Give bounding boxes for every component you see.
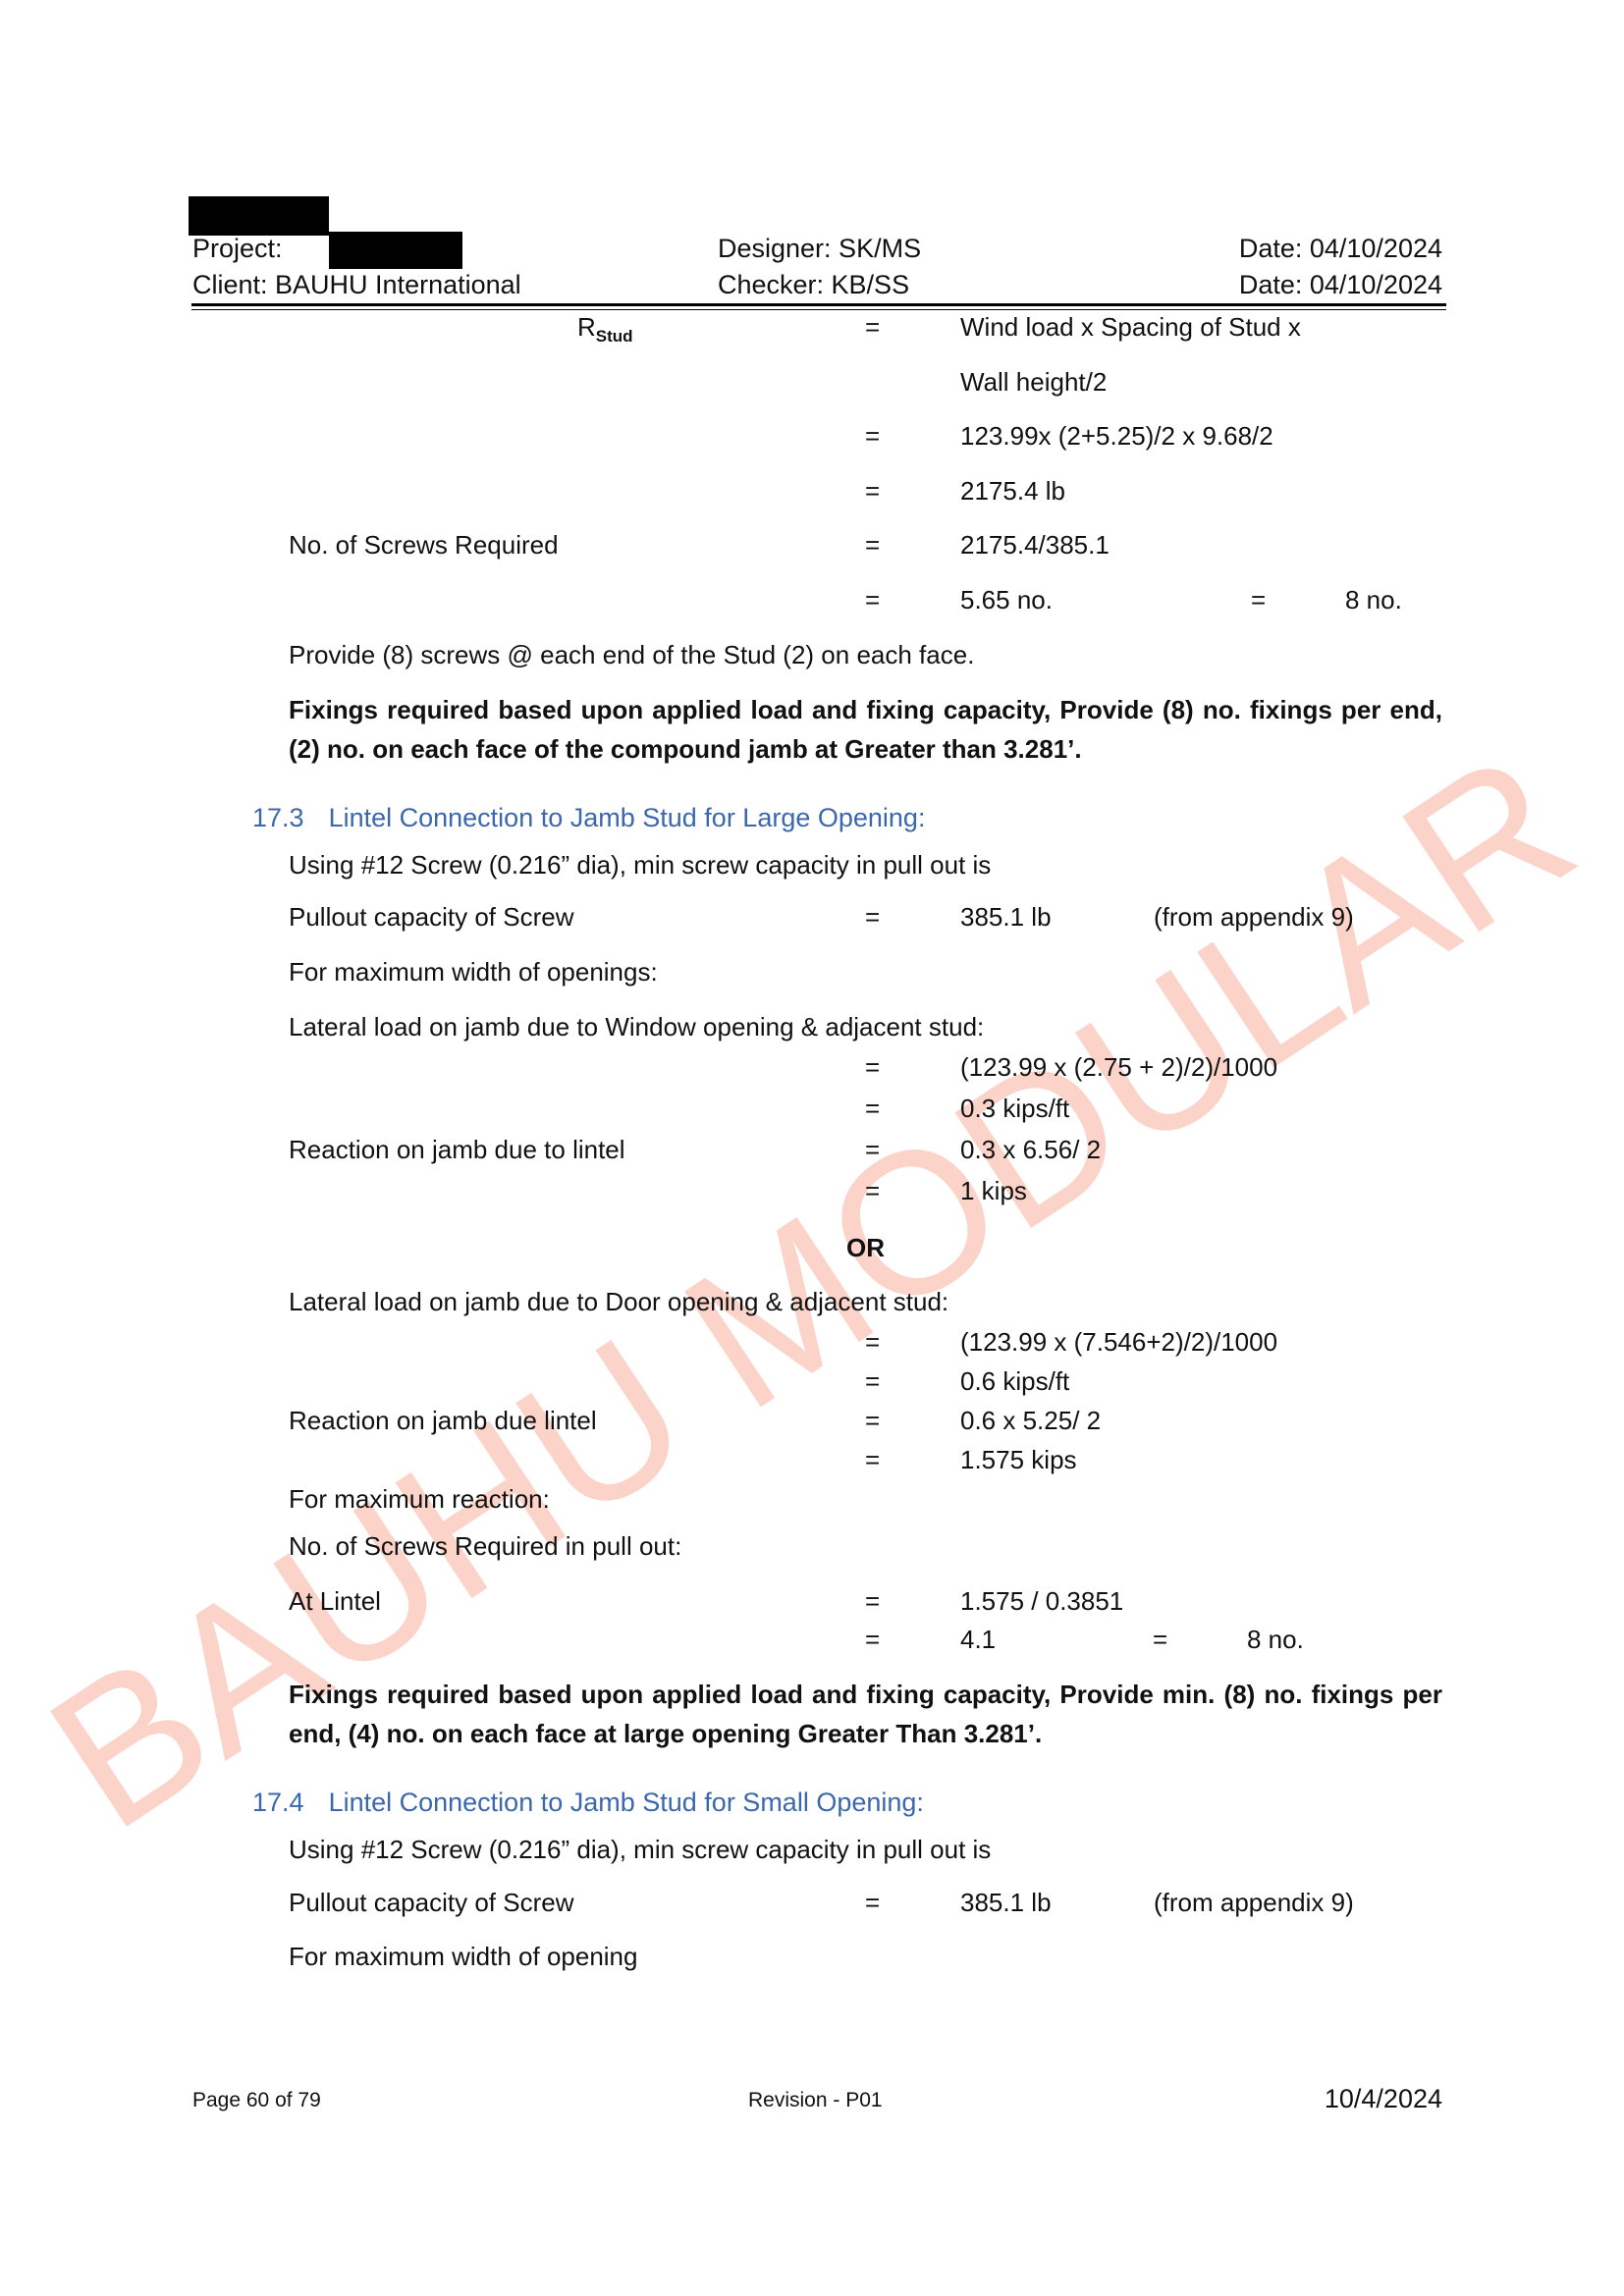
checker: Checker: KB/SS: [718, 269, 909, 300]
calc-value: 123.99x (2+5.25)/2 x 9.68/2: [960, 421, 1273, 451]
r-stud-symbol: RStud: [577, 312, 633, 351]
calc-value: 0.3 kips/ft: [960, 1094, 1069, 1123]
section-title: Lintel Connection to Jamb Stud for Small…: [329, 1788, 924, 1817]
equals-sign: =: [865, 1327, 880, 1357]
calc-value: 2175.4 lb: [960, 476, 1065, 506]
screws-required-label: No. of Screws Required in pull out:: [289, 1531, 681, 1561]
screw-intro: Using #12 Screw (0.216” dia), min screw …: [289, 850, 991, 880]
footer-date: 10/4/2024: [1325, 2083, 1442, 2114]
equals-sign: =: [865, 530, 880, 560]
client-name: Client: BAUHU International: [192, 269, 521, 300]
section-17-3-heading: 17.3Lintel Connection to Jamb Stud for L…: [252, 803, 925, 833]
section-title: Lintel Connection to Jamb Stud for Large…: [329, 803, 926, 832]
window-load-label: Lateral load on jamb due to Window openi…: [289, 1012, 984, 1041]
calc-label: Reaction on jamb due to lintel: [289, 1135, 625, 1164]
redacted-logo: [189, 196, 329, 236]
calc-value: (123.99 x (7.546+2)/2)/1000: [960, 1327, 1277, 1357]
or-separator: OR: [846, 1233, 885, 1262]
equals-sign: =: [865, 1586, 880, 1616]
calc-result: 8 no.: [1247, 1625, 1304, 1654]
equals-sign: =: [865, 1406, 880, 1435]
pullout-label-17-4: Pullout capacity of Screw: [289, 1888, 573, 1917]
project-label: Project:: [192, 233, 283, 264]
pullout-value: 385.1 lb: [960, 902, 1052, 932]
watermark: BAUHU MODULAR: [0, 0, 1624, 2296]
pullout-ref-17-4: (from appendix 9): [1154, 1888, 1354, 1917]
equals-sign: =: [865, 1135, 880, 1164]
section-17-4-heading: 17.4Lintel Connection to Jamb Stud for S…: [252, 1788, 924, 1818]
provide-text: Provide (8) screws @ each end of the Stu…: [289, 640, 974, 669]
equals-sign: =: [865, 1445, 880, 1474]
calc-value: Wind load x Spacing of Stud x: [960, 312, 1301, 342]
equals-sign: =: [1251, 585, 1266, 614]
section-number: 17.4: [252, 1788, 304, 1817]
equals-sign: =: [865, 1052, 880, 1082]
revision: Revision - P01: [748, 2089, 883, 2112]
pullout-eq: =: [865, 902, 880, 932]
door-load-label: Lateral load on jamb due to Door opening…: [289, 1287, 948, 1316]
pullout-label: Pullout capacity of Screw: [289, 902, 573, 932]
equals-sign: =: [865, 1176, 880, 1205]
pullout-eq-17-4: =: [865, 1888, 880, 1917]
designer: Designer: SK/MS: [718, 233, 921, 264]
page-number: Page 60 of 79: [192, 2089, 321, 2112]
calc-value: 1.575 kips: [960, 1445, 1077, 1474]
section-number: 17.3: [252, 803, 304, 832]
equals-sign: =: [865, 1094, 880, 1123]
header-rule-thin: [191, 309, 1446, 310]
equals-sign: =: [865, 476, 880, 506]
pullout-ref: (from appendix 9): [1154, 902, 1354, 932]
max-reaction-label: For maximum reaction:: [289, 1484, 550, 1514]
equals-sign: =: [865, 585, 880, 614]
calc-value: 2175.4/385.1: [960, 530, 1110, 560]
calc-value: 1 kips: [960, 1176, 1027, 1205]
calc-result: 8 no.: [1345, 585, 1402, 614]
equals-sign: =: [1153, 1625, 1167, 1654]
calc-value: 4.1: [960, 1625, 996, 1654]
calc-value: 1.575 / 0.3851: [960, 1586, 1123, 1616]
equals-sign: =: [865, 1625, 880, 1654]
equals-sign: =: [865, 312, 880, 342]
equals-sign: =: [865, 1366, 880, 1396]
conclusion-top: Fixings required based upon applied load…: [289, 690, 1442, 769]
design-date: Date: 04/10/2024: [1239, 233, 1442, 264]
max-width-label-17-4: For maximum width of opening: [289, 1942, 637, 1971]
calc-label: At Lintel: [289, 1586, 381, 1616]
calc-value: Wall height/2: [960, 367, 1107, 397]
conclusion-17-3: Fixings required based upon applied load…: [289, 1675, 1442, 1753]
calc-value: 0.6 kips/ft: [960, 1366, 1069, 1396]
max-width-label: For maximum width of openings:: [289, 957, 658, 987]
header-rule: [191, 303, 1446, 306]
calc-value: 0.6 x 5.25/ 2: [960, 1406, 1101, 1435]
calc-label: Reaction on jamb due lintel: [289, 1406, 597, 1435]
screw-intro-17-4: Using #12 Screw (0.216” dia), min screw …: [289, 1835, 991, 1864]
equals-sign: =: [865, 421, 880, 451]
calc-value: (123.99 x (2.75 + 2)/2)/1000: [960, 1052, 1277, 1082]
calc-value: 5.65 no.: [960, 585, 1053, 614]
calc-value: 0.3 x 6.56/ 2: [960, 1135, 1101, 1164]
pullout-value-17-4: 385.1 lb: [960, 1888, 1052, 1917]
check-date: Date: 04/10/2024: [1239, 269, 1442, 300]
redacted-project-name: [329, 232, 462, 269]
calc-label: No. of Screws Required: [289, 530, 559, 560]
